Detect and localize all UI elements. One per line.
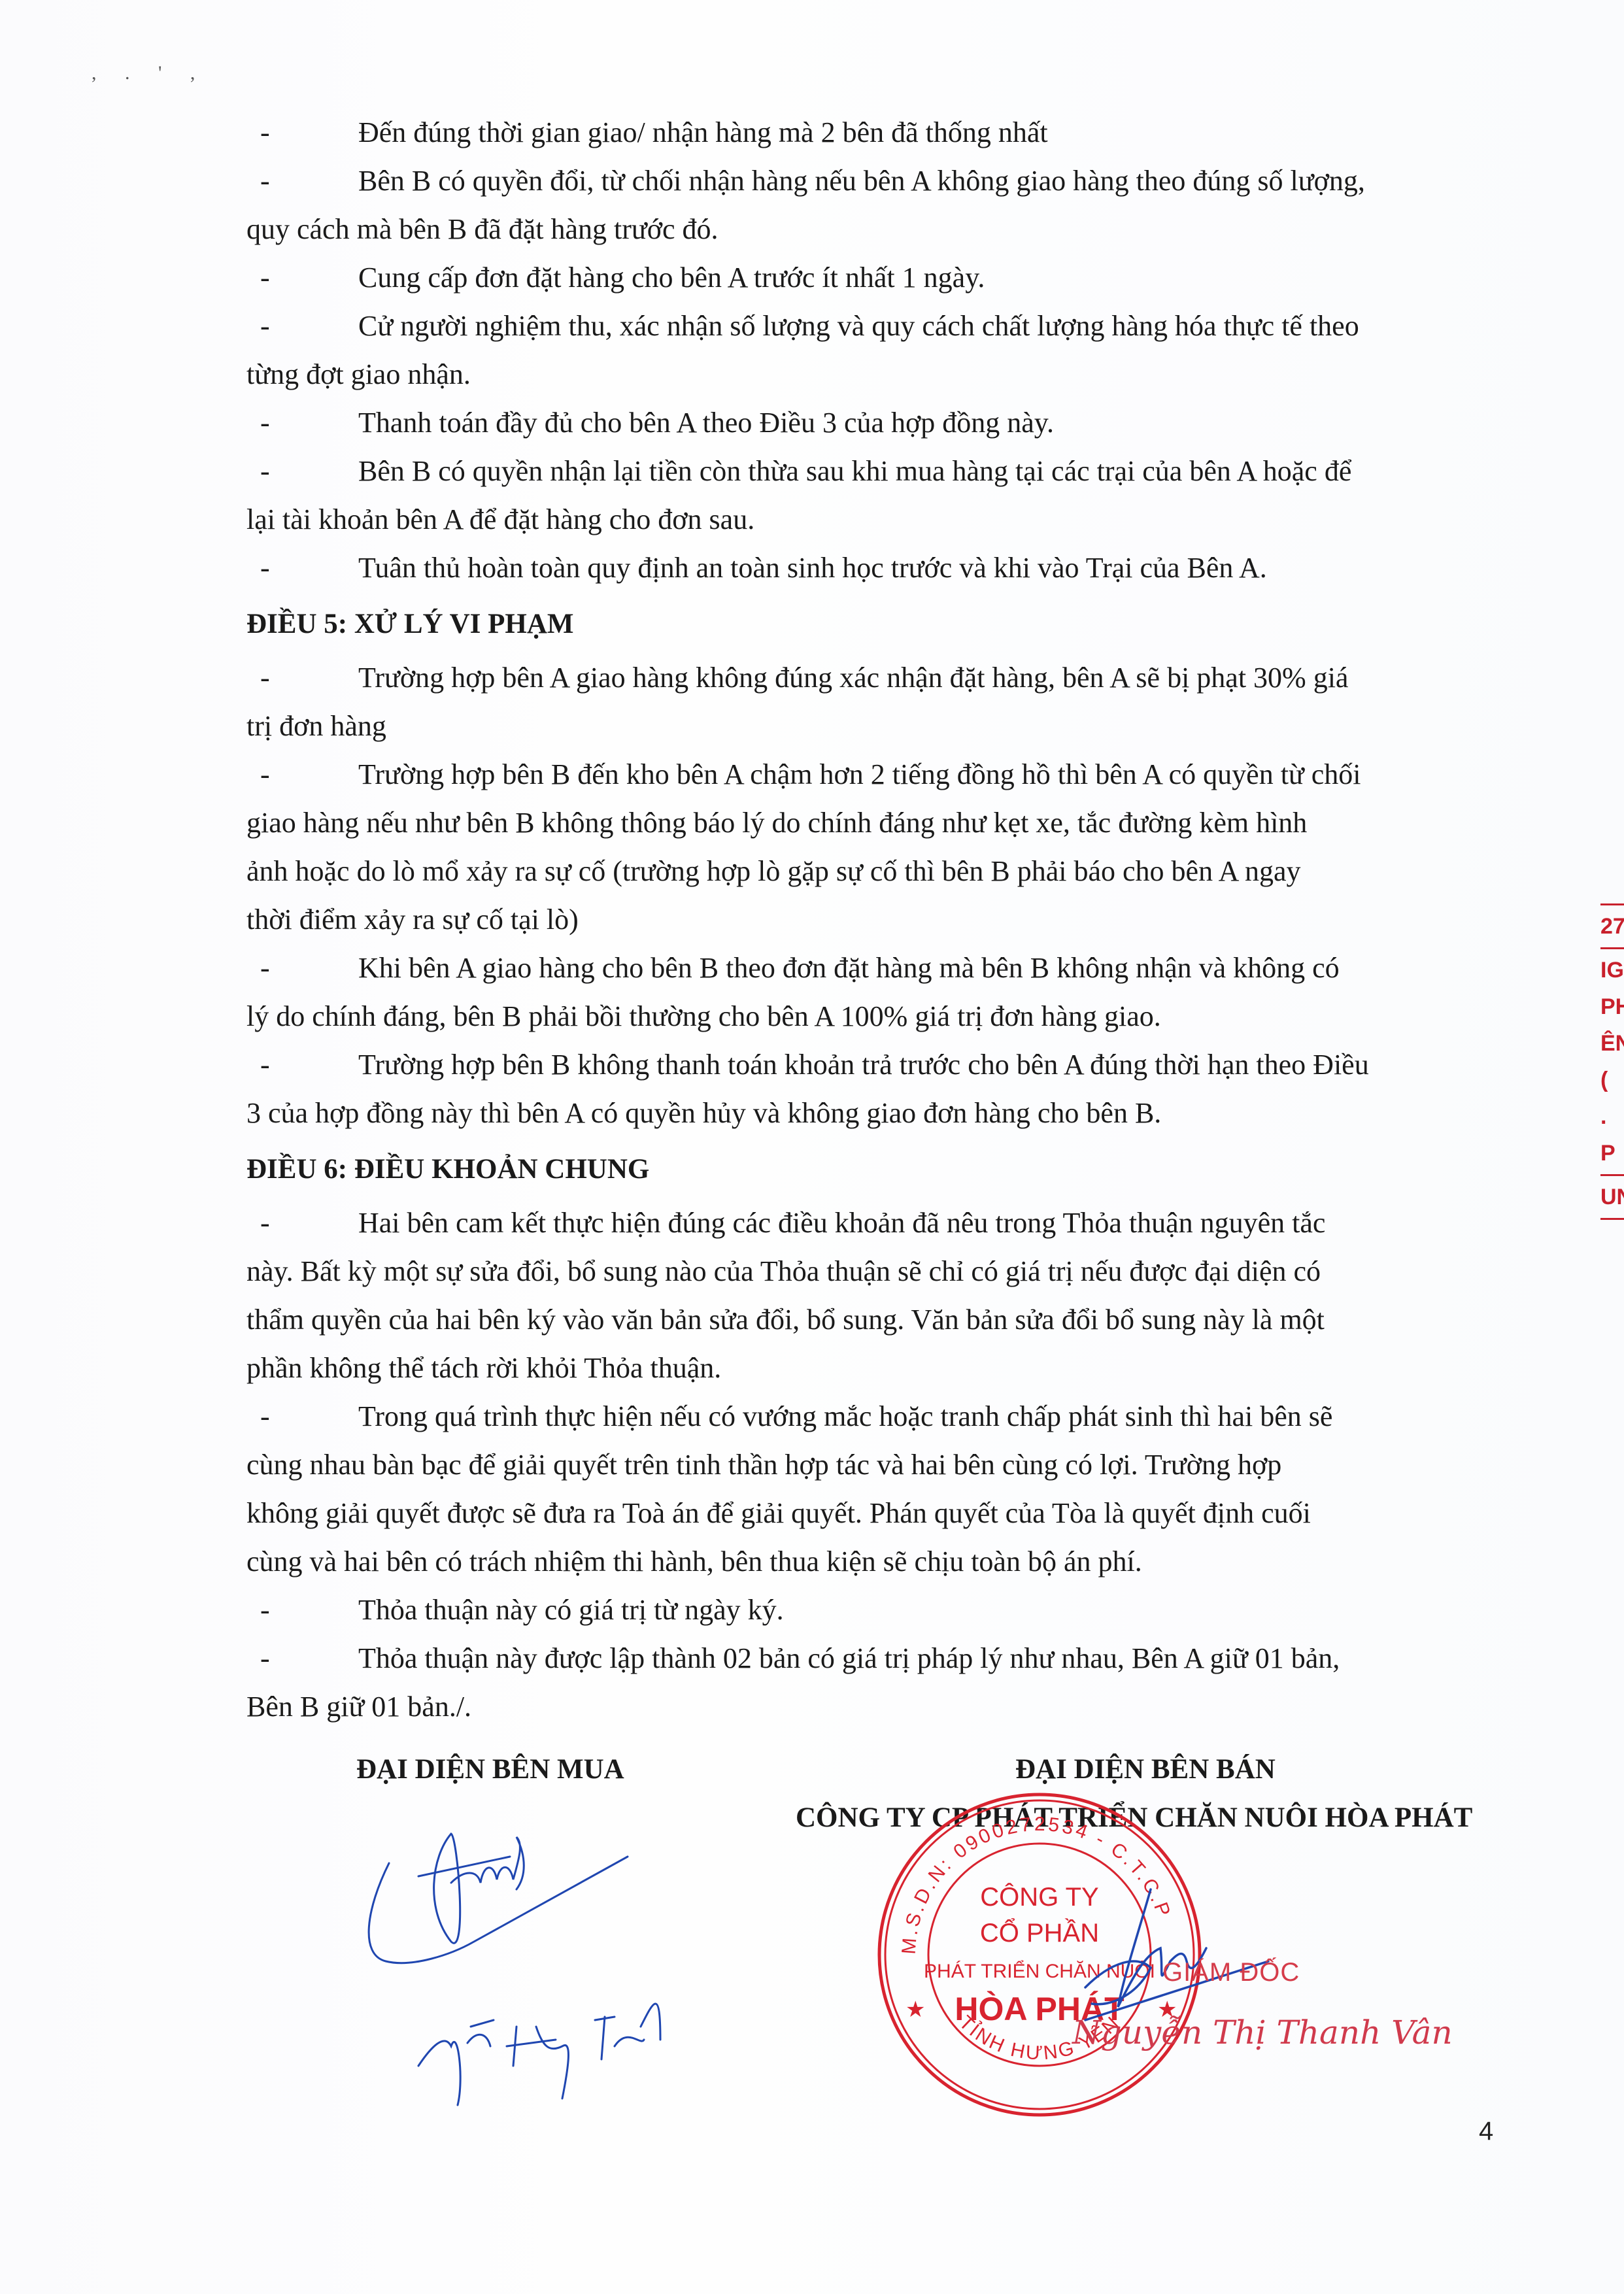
general-clause-line: này. Bất kỳ một sự sửa đổi, bổ sung nào … bbox=[246, 1254, 1321, 1289]
page-number: 4 bbox=[1479, 2117, 1493, 2146]
bullet-dash: - bbox=[260, 1206, 270, 1241]
obligation-line: Cử người nghiệm thu, xác nhận số lượng v… bbox=[358, 309, 1359, 344]
obligation-line: Đến đúng thời gian giao/ nhận hàng mà 2 … bbox=[358, 115, 1048, 150]
svg-text:★: ★ bbox=[905, 1997, 925, 2022]
general-clause-line: không giải quyết được sẽ đưa ra Toà án đ… bbox=[246, 1496, 1311, 1531]
document-page: , . ' , -Đến đúng thời gian giao/ nhận h… bbox=[0, 0, 1624, 2294]
general-clause-line: Thỏa thuận này có giá trị từ ngày ký. bbox=[358, 1593, 784, 1628]
obligation-line: lại tài khoản bên A để đặt hàng cho đơn … bbox=[246, 502, 754, 537]
bullet-dash: - bbox=[260, 454, 270, 489]
general-clause-line: Hai bên cam kết thực hiện đúng các điều … bbox=[358, 1206, 1325, 1241]
violation-clause-line: lý do chính đáng, bên B phải bồi thường … bbox=[246, 999, 1161, 1034]
seller-signature bbox=[1072, 1883, 1288, 2027]
obligation-line: Cung cấp đơn đặt hàng cho bên A trước ít… bbox=[358, 260, 985, 295]
director-title: GIÁM ĐỐC bbox=[1162, 1958, 1300, 1987]
violation-clause-line: giao hàng nếu như bên B không thông báo … bbox=[246, 805, 1307, 841]
general-clause-line: Bên B giữ 01 bản./. bbox=[246, 1689, 471, 1725]
bullet-dash: - bbox=[260, 1047, 270, 1083]
general-clause-line: thẩm quyền của hai bên ký vào văn bản sử… bbox=[246, 1302, 1325, 1338]
director-name: Nguyễn Thị Thanh Vân bbox=[1072, 2014, 1453, 2051]
general-clause-line: Thỏa thuận này được lập thành 02 bản có … bbox=[358, 1641, 1340, 1676]
general-clause-line: cùng và hai bên có trách nhiệm thi hành,… bbox=[246, 1544, 1142, 1579]
seller-signature-heading: ĐẠI DIỆN BÊN BÁN bbox=[1015, 1752, 1276, 1787]
obligation-line: Thanh toán đầy đủ cho bên A theo Điều 3 … bbox=[358, 405, 1054, 441]
violation-clause-line: thời điểm xảy ra sự cố tại lò) bbox=[246, 902, 579, 937]
bullet-dash: - bbox=[260, 951, 270, 986]
article-6-heading: ĐIỀU 6: ĐIỀU KHOẢN CHUNG bbox=[246, 1152, 649, 1187]
bullet-dash: - bbox=[260, 1593, 270, 1628]
bullet-dash: - bbox=[260, 660, 270, 696]
buyer-signature: Nguyễn Hùng Thiết bbox=[353, 1830, 811, 2105]
violation-clause-line: ảnh hoặc do lò mổ xảy ra sự cố (trường h… bbox=[246, 854, 1301, 889]
bullet-dash: - bbox=[260, 757, 270, 792]
violation-clause-line: Trường hợp bên B đến kho bên A chậm hơn … bbox=[358, 757, 1361, 792]
buyer-signature-heading: ĐẠI DIỆN BÊN MUA bbox=[356, 1752, 624, 1787]
obligation-line: Tuân thủ hoàn toàn quy định an toàn sinh… bbox=[358, 550, 1267, 586]
obligation-line: Bên B có quyền nhận lại tiền còn thừa sa… bbox=[358, 454, 1351, 489]
bullet-dash: - bbox=[260, 115, 270, 150]
bullet-dash: - bbox=[260, 163, 270, 199]
violation-clause-line: 3 của hợp đồng này thì bên A có quyền hủ… bbox=[246, 1096, 1161, 1131]
general-clause-line: cùng nhau bàn bạc để giải quyết trên tin… bbox=[246, 1447, 1281, 1483]
violation-clause-line: Khi bên A giao hàng cho bên B theo đơn đ… bbox=[358, 951, 1340, 986]
bullet-dash: - bbox=[260, 260, 270, 295]
bullet-dash: - bbox=[260, 405, 270, 441]
bullet-dash: - bbox=[260, 1399, 270, 1434]
general-clause-line: Trong quá trình thực hiện nếu có vướng m… bbox=[358, 1399, 1332, 1434]
general-clause-line: phần không thể tách rời khỏi Thỏa thuận. bbox=[246, 1351, 721, 1386]
article-5-heading: ĐIỀU 5: XỬ LÝ VI PHẠM bbox=[246, 607, 573, 642]
obligation-line: Bên B có quyền đổi, từ chối nhận hàng nế… bbox=[358, 163, 1365, 199]
bullet-dash: - bbox=[260, 309, 270, 344]
bullet-dash: - bbox=[260, 550, 270, 586]
obligation-line: quy cách mà bên B đã đặt hàng trước đó. bbox=[246, 212, 719, 247]
violation-clause-line: Trường hợp bên A giao hàng không đúng xá… bbox=[358, 660, 1348, 696]
margin-seal-fragment: 27 IG PH ÊN ( . P UN bbox=[1600, 901, 1624, 1223]
obligation-line: từng đợt giao nhận. bbox=[246, 357, 471, 392]
scan-specks: , . ' , bbox=[92, 62, 207, 84]
bullet-dash: - bbox=[260, 1641, 270, 1676]
violation-clause-line: Trường hợp bên B không thanh toán khoản … bbox=[358, 1047, 1369, 1083]
violation-clause-line: trị đơn hàng bbox=[246, 709, 386, 744]
